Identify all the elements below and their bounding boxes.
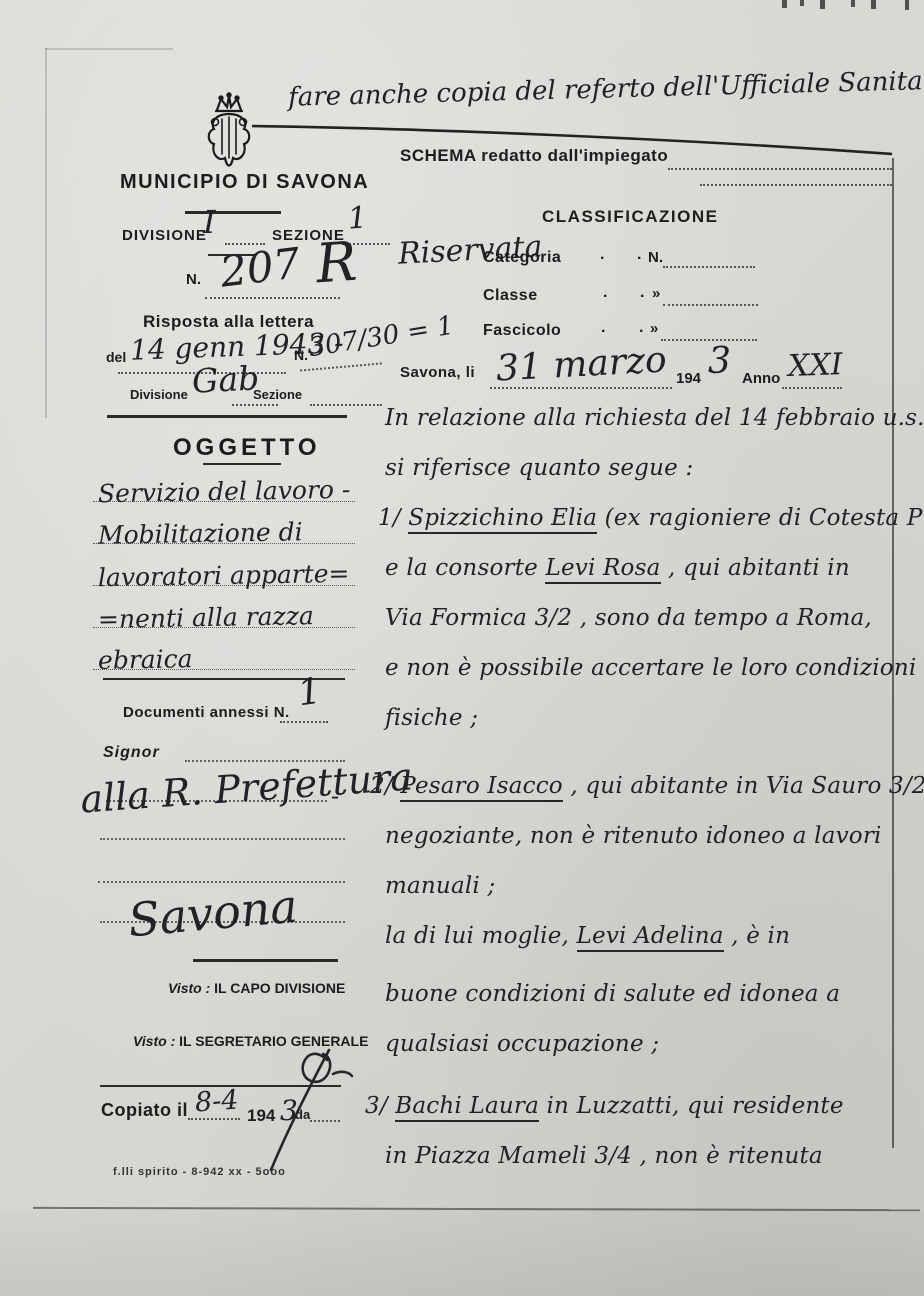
reference-number-handwritten: 307/30 = 1 [307,311,456,364]
scan-artifact [820,0,825,9]
body-text-segment: e non è possibile accertare le loro cond… [385,655,916,681]
copyist-signature-flourish [255,1046,355,1179]
signor-label: Signor [103,744,160,762]
body-line: buone condizioni di salute ed idonea a [360,981,912,1031]
body-text-segment: in Luzzatti, qui residente [539,1093,844,1119]
body-text-segment: fisiche ; [385,705,478,731]
body-text-segment: Via Formica 3/2 , sono da tempo a Roma, [385,605,872,631]
body-line: Via Formica 3/2 , sono da tempo a Roma, [360,605,912,655]
scan-artifact [851,0,855,7]
person-name-underlined: Levi Rosa [545,555,660,584]
protocol-letter-handwritten: R [314,230,359,296]
municipality-title: MUNICIPIO DI SAVONA [120,171,369,194]
visto-capo-divisione: Visto : IL CAPO DIVISIONE [168,980,345,996]
body-line: 3/ Bachi Laura in Luzzatti, qui resident… [360,1093,912,1143]
scanned-document-page: fare anche copia del referto dell'Uffici… [0,0,924,1296]
protocol-number-label: N. [186,271,201,288]
divisione2-value-handwritten: Gab [191,358,260,400]
anno-fascista-handwritten: XXI [787,347,843,384]
body-line: negoziante, non è ritenuto idoneo a lavo… [360,823,912,873]
categoria-label: Categoria [483,249,561,267]
oggetto-line: ebraica [93,628,355,670]
reference-number-label: N. [294,347,308,363]
dotted-rule [300,362,382,371]
section-rule [107,415,347,418]
protocol-number-handwritten: 207 [217,238,303,296]
visto-label: Visto : [133,1033,175,1049]
dotted-rule [100,838,345,840]
person-name-underlined: Bachi Laura [395,1093,539,1122]
body-text-segment: si riferisce quanto segue : [385,455,693,481]
oggetto-line-text: ebraica [98,644,193,675]
dateline-year-printed: 194 [676,370,701,387]
oggetto-line: Servizio del lavoro - [93,460,355,502]
fascicolo-guillemet: » [650,320,658,337]
copiato-date-handwritten: 8-4 [194,1085,240,1119]
categoria-n-label: N. [648,249,663,266]
scan-artifact [905,0,909,10]
body-lines: In relazione alla richiesta del 14 febbr… [360,405,912,1193]
divisione-label: DIVISIONE [122,227,207,244]
person-name-underlined: Pesaro Isacco [400,773,563,802]
classificazione-title: CLASSIFICAZIONE [542,207,718,227]
classe-guillemet: » [652,285,660,302]
body-text-segment: buone condizioni di salute ed idonea a [385,981,840,1007]
oggetto-label: OGGETTO [173,434,321,462]
section-rule [193,959,338,962]
oggetto-lines: Servizio del lavoro -Mobilitazione dilav… [93,460,355,670]
body-text-segment: In relazione alla richiesta del 14 febbr… [385,405,924,431]
dotted-rule [663,266,755,268]
schema-label: SCHEMA redatto dall'impiegato [400,146,668,166]
dotted-rule [232,404,278,406]
scan-edge-left [45,48,47,418]
dotted-rule [205,297,340,299]
classe-label: Classe [483,287,538,305]
divisione2-label: Divisione [130,387,188,402]
body-line: manuali ; [360,873,912,923]
body-text-segment: (ex ragioniere di Cotesta Prefettura) [597,505,924,531]
leader-dot: . [637,246,641,264]
leader-dot: . [639,319,643,337]
body-line: 2/ Pesaro Isacco , qui abitante in Via S… [360,773,912,823]
dotted-rule [663,304,758,306]
body-text-segment: in Piazza Mameli 3/4 , non è ritenuta [385,1143,823,1169]
body-text-segment: qualsiasi occupazione ; [385,1031,659,1057]
body-line: si riferisce quanto segue : [360,455,912,505]
printer-mark: f.lli spirito - 8-942 xx - 5ooo [113,1166,286,1178]
leader-dot: . [603,284,607,302]
leader-dot: . [601,319,605,337]
dotted-rule [668,168,892,170]
documenti-annessi-label: Documenti annessi N. [123,704,290,721]
body-line: e la consorte Levi Rosa , qui abitanti i… [360,555,912,605]
scan-margin-bottom [0,1210,924,1296]
oggetto-line: Mobilitazione di [93,502,355,544]
body-line: In relazione alla richiesta del 14 febbr… [360,405,912,455]
body-line: fisiche ; [360,705,912,755]
scan-artifact [800,0,804,6]
body-text-segment: , è in [724,923,790,949]
scan-edge-top [45,48,173,50]
capo-divisione-label: IL CAPO DIVISIONE [214,980,345,996]
oggetto-line: lavoratori apparte= [93,544,355,586]
body-line: qualsiasi occupazione ; [360,1031,912,1081]
body-text-segment: , qui abitante in Via Sauro 3/2, [563,773,924,799]
dateline-date-handwritten: 31 marzo [495,340,668,390]
dateline-year-handwritten: 3 [708,341,731,382]
body-line: in Piazza Mameli 3/4 , non è ritenuta [360,1143,912,1193]
dotted-rule [700,184,892,186]
body-text-segment: 2/ [370,773,400,799]
body-text-segment: negoziante, non è ritenuto idoneo a lavo… [385,823,882,849]
person-name-underlined: Levi Adelina [577,923,724,952]
body-text-segment: , qui abitanti in [661,555,850,581]
fascicolo-label: Fascicolo [483,322,561,340]
body-line: 1/ Spizzichino Elia (ex ragioniere di Co… [360,505,912,555]
scan-artifact [782,0,787,8]
handwritten-top-annotation: fare anche copia del referto dell'Uffici… [288,65,924,113]
sezione2-label: Sezione [253,387,302,402]
body-text-segment: 3/ [365,1093,395,1119]
copiato-il-label: Copiato il [101,1100,188,1121]
divisione-value-handwritten: I [203,203,216,241]
del-label: del [106,349,126,365]
oggetto-line: =nenti alla razza [93,586,355,628]
body-line: e non è possibile accertare le loro cond… [360,655,912,705]
visto-label: Visto : [168,980,210,996]
body-text-segment: la di lui moglie, [385,923,577,949]
dotted-rule [782,387,842,389]
scan-artifact [871,0,876,9]
body-line: la di lui moglie, Levi Adelina , è in [360,923,912,973]
person-name-underlined: Spizzichino Elia [408,505,597,534]
body-text-segment: manuali ; [385,873,495,899]
dotted-rule [98,881,345,883]
leader-dot: . [640,284,644,302]
body-text-segment: 1/ [378,505,408,531]
dateline-place-label: Savona, li [400,364,475,381]
leader-dot: . [600,246,604,264]
addressee-city-handwritten: Savona [126,879,300,948]
anno-label: Anno [742,370,780,387]
short-rule [185,211,281,214]
body-text-segment: e la consorte [385,555,545,581]
dotted-rule [280,721,328,723]
